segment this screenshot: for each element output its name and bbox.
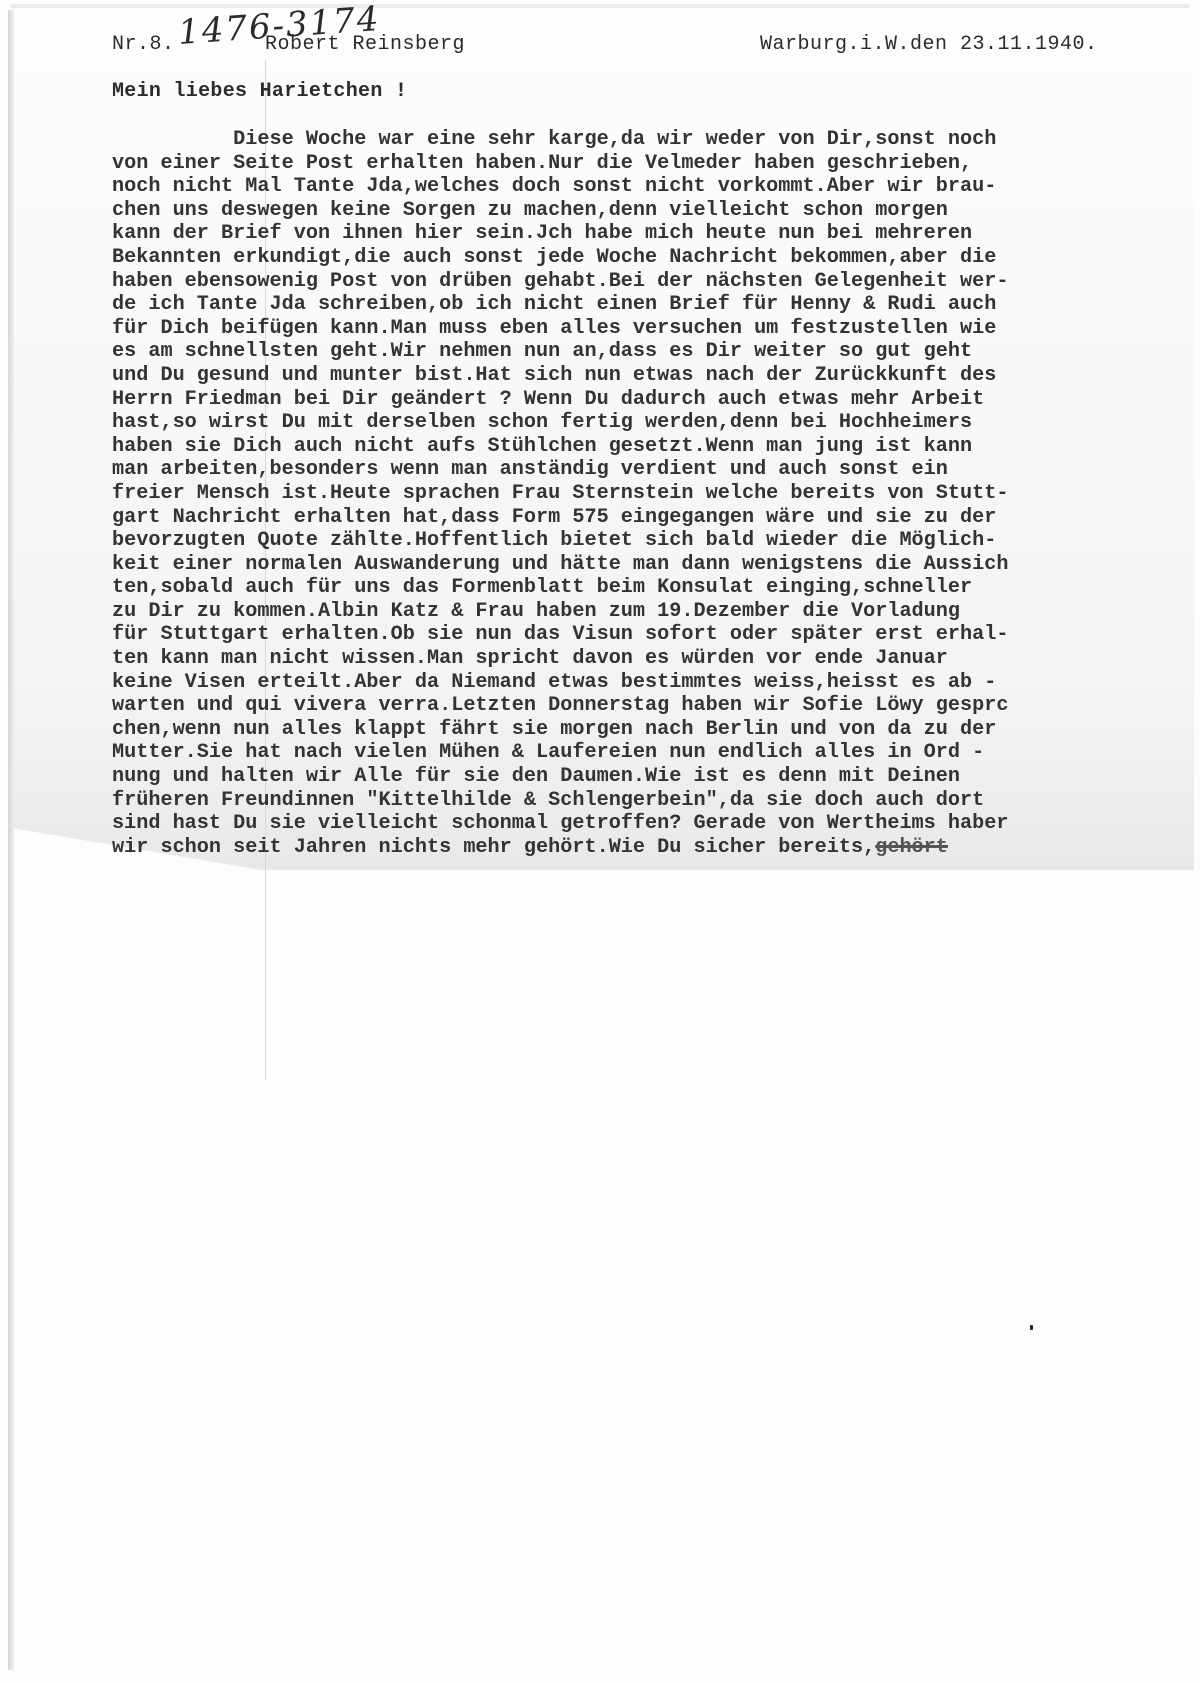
body-line: es am schnellsten geht.Wir nehmen nun an… — [112, 340, 1192, 364]
body-line: nung und halten wir Alle für sie den Dau… — [112, 765, 1192, 789]
body-line: haben sie Dich auch nicht aufs Stühlchen… — [112, 435, 1192, 459]
place-and-date: Warburg.i.W.den 23.11.1940. — [760, 33, 1098, 56]
body-line: kann der Brief von ihnen hier sein.Jch h… — [112, 222, 1192, 246]
body-line: keit einer normalen Auswanderung und hät… — [112, 553, 1192, 577]
body-line: haben ebensowenig Post von drüben gehabt… — [112, 270, 1192, 294]
body-line: wir schon seit Jahren nichts mehr gehört… — [112, 836, 1192, 860]
body-line: noch nicht Mal Tante Jda,welches doch so… — [112, 175, 1192, 199]
body-line: warten und qui vivera verra.Letzten Donn… — [112, 694, 1192, 718]
body-line: früheren Freundinnen "Kittelhilde & Schl… — [112, 789, 1192, 813]
body-line: Mutter.Sie hat nach vielen Mühen & Laufe… — [112, 741, 1192, 765]
body-line: ten,sobald auch für uns das Formenblatt … — [112, 576, 1192, 600]
body-line: hast,so wirst Du mit derselben schon fer… — [112, 411, 1192, 435]
struck-out-word: gehört — [875, 836, 948, 859]
body-line: für Stuttgart erhalten.Ob sie nun das Vi… — [112, 623, 1192, 647]
body-line: zu Dir zu kommen.Albin Katz & Frau haben… — [112, 600, 1192, 624]
body-line: freier Mensch ist.Heute sprachen Frau St… — [112, 482, 1192, 506]
body-line: bevorzugten Quote zählte.Hoffentlich bie… — [112, 529, 1192, 553]
body-line: und Du gesund und munter bist.Hat sich n… — [112, 364, 1192, 388]
letter-number: Nr.8. — [112, 33, 175, 56]
body-line: de ich Tante Jda schreiben,ob ich nicht … — [112, 293, 1192, 317]
letter-body: Diese Woche war eine sehr karge,da wir w… — [112, 128, 1192, 859]
salutation: Mein liebes Harietchen ! — [112, 80, 407, 103]
body-line: chen,wenn nun alles klappt fährt sie mor… — [112, 718, 1192, 742]
body-line: man arbeiten,besonders wenn man anständi… — [112, 458, 1192, 482]
body-line: Diese Woche war eine sehr karge,da wir w… — [112, 128, 1192, 152]
body-line: keine Visen erteilt.Aber da Niemand etwa… — [112, 671, 1192, 695]
body-line: chen uns deswegen keine Sorgen zu machen… — [112, 199, 1192, 223]
ink-speck — [1030, 1325, 1033, 1330]
letter-page: 1476-3174 Nr.8. Robert Reinsberg Warburg… — [0, 0, 1200, 1683]
body-line: sind hast Du sie vielleicht schonmal get… — [112, 812, 1192, 836]
body-line: Bekannten erkundigt,die auch sonst jede … — [112, 246, 1192, 270]
body-line: ten kann man nicht wissen.Man spricht da… — [112, 647, 1192, 671]
scan-edge-left — [8, 10, 14, 1670]
body-line: für Dich beifügen kann.Man muss eben all… — [112, 317, 1192, 341]
body-line: Herrn Friedman bei Dir geändert ? Wenn D… — [112, 388, 1192, 412]
scan-edge-top — [10, 4, 1190, 8]
body-line: von einer Seite Post erhalten haben.Nur … — [112, 152, 1192, 176]
sender-name: Robert Reinsberg — [265, 33, 465, 56]
body-line: gart Nachricht erhalten hat,dass Form 57… — [112, 506, 1192, 530]
